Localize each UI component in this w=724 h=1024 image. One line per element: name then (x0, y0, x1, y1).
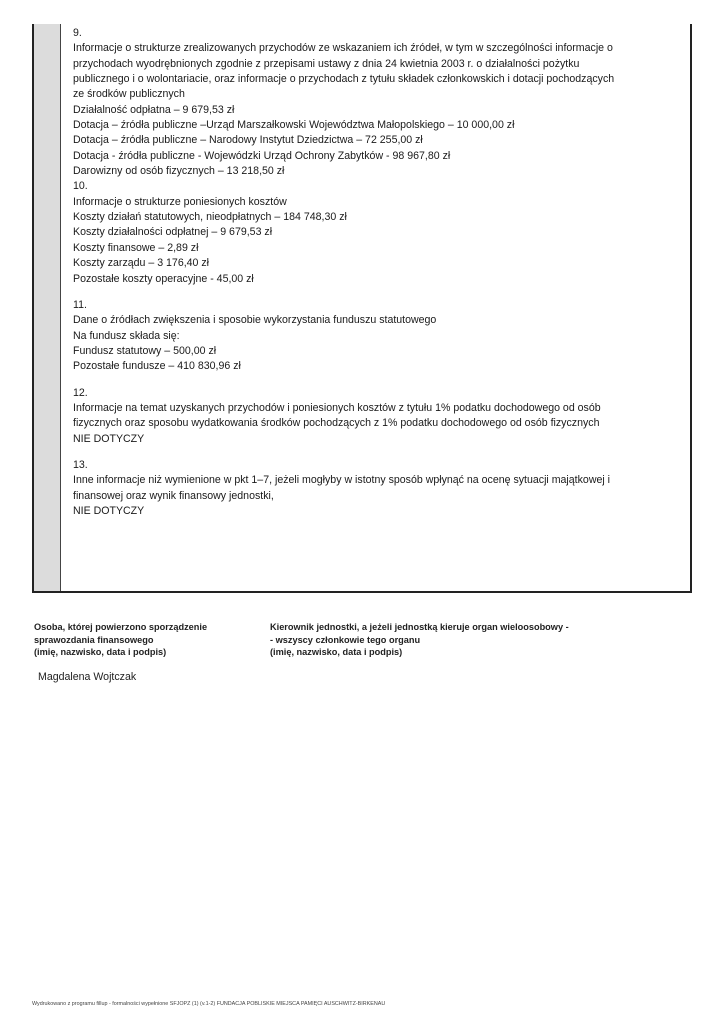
not-applicable: NIE DOTYCZY (73, 432, 680, 447)
section-number: 13. (73, 458, 680, 473)
cost-item: Koszty zarządu – 3 176,40 zł (73, 256, 680, 271)
section-heading: finansowej oraz wynik finansowy jednostk… (73, 489, 680, 504)
section-heading: fizycznych oraz sposobu wydatkowania śro… (73, 416, 680, 431)
signature-label-line: (imię, nazwisko, data i podpis) (270, 646, 569, 659)
section-number: 12. (73, 386, 680, 401)
fund-item: Fundusz statutowy – 500,00 zł (73, 344, 680, 359)
section-number: 10. (73, 179, 680, 194)
cost-item: Pozostałe koszty operacyjne - 45,00 zł (73, 272, 680, 287)
revenue-item: Darowizny od osób fizycznych – 13 218,50… (73, 164, 680, 179)
signature-label-line: Osoba, której powierzono sporządzenie (34, 621, 207, 634)
signature-label-line: (imię, nazwisko, data i podpis) (34, 646, 207, 659)
section-heading: Informacje na temat uzyskanych przychodó… (73, 401, 680, 416)
section-heading: Informacje o strukturze zrealizowanych p… (73, 41, 680, 56)
section-number: 9. (73, 26, 680, 41)
section-number: 11. (73, 298, 680, 313)
fund-item: Pozostałe fundusze – 410 830,96 zł (73, 359, 680, 374)
print-footer: Wydrukowano z programu fillup - formalno… (32, 1001, 385, 1007)
cost-item: Koszty działalności odpłatnej – 9 679,53… (73, 225, 680, 240)
notes-table: 9. Informacje o strukturze zrealizowanyc… (32, 24, 692, 593)
cost-item: Koszty finansowe – 2,89 zł (73, 241, 680, 256)
section-heading: Informacje o strukturze poniesionych kos… (73, 195, 680, 210)
row-gutter (34, 24, 61, 591)
revenue-item: Dotacja – źródła publiczne –Urząd Marsza… (73, 118, 680, 133)
revenue-item: Dotacja – źródła publiczne – Narodowy In… (73, 133, 680, 148)
section-heading: publicznego i o wolontariacie, oraz info… (73, 72, 680, 87)
not-applicable: NIE DOTYCZY (73, 504, 680, 519)
section-heading: Dane o źródłach zwiększenia i sposobie w… (73, 313, 680, 328)
preparer-signature-label: Osoba, której powierzono sporządzenie sp… (34, 621, 207, 659)
notes-content: 9. Informacje o strukturze zrealizowanyc… (73, 26, 680, 519)
revenue-item: Działalność odpłatna – 9 679,53 zł (73, 103, 680, 118)
signature-label-line: - wszyscy członkowie tego organu (270, 634, 569, 647)
section-heading: ze środków publicznych (73, 87, 680, 102)
section-heading: przychodach wyodrębnionych zgodnie z prz… (73, 57, 680, 72)
cost-item: Koszty działań statutowych, nieodpłatnyc… (73, 210, 680, 225)
fund-item: Na fundusz składa się: (73, 329, 680, 344)
signature-label-line: sprawozdania finansowego (34, 634, 207, 647)
signature-label-line: Kierownik jednostki, a jeżeli jednostką … (270, 621, 569, 634)
revenue-item: Dotacja - źródła publiczne - Wojewódzki … (73, 149, 680, 164)
head-signature-label: Kierownik jednostki, a jeżeli jednostką … (270, 621, 569, 659)
preparer-name: Magdalena Wojtczak (38, 671, 136, 683)
section-heading: Inne informacje niż wymienione w pkt 1–7… (73, 473, 680, 488)
